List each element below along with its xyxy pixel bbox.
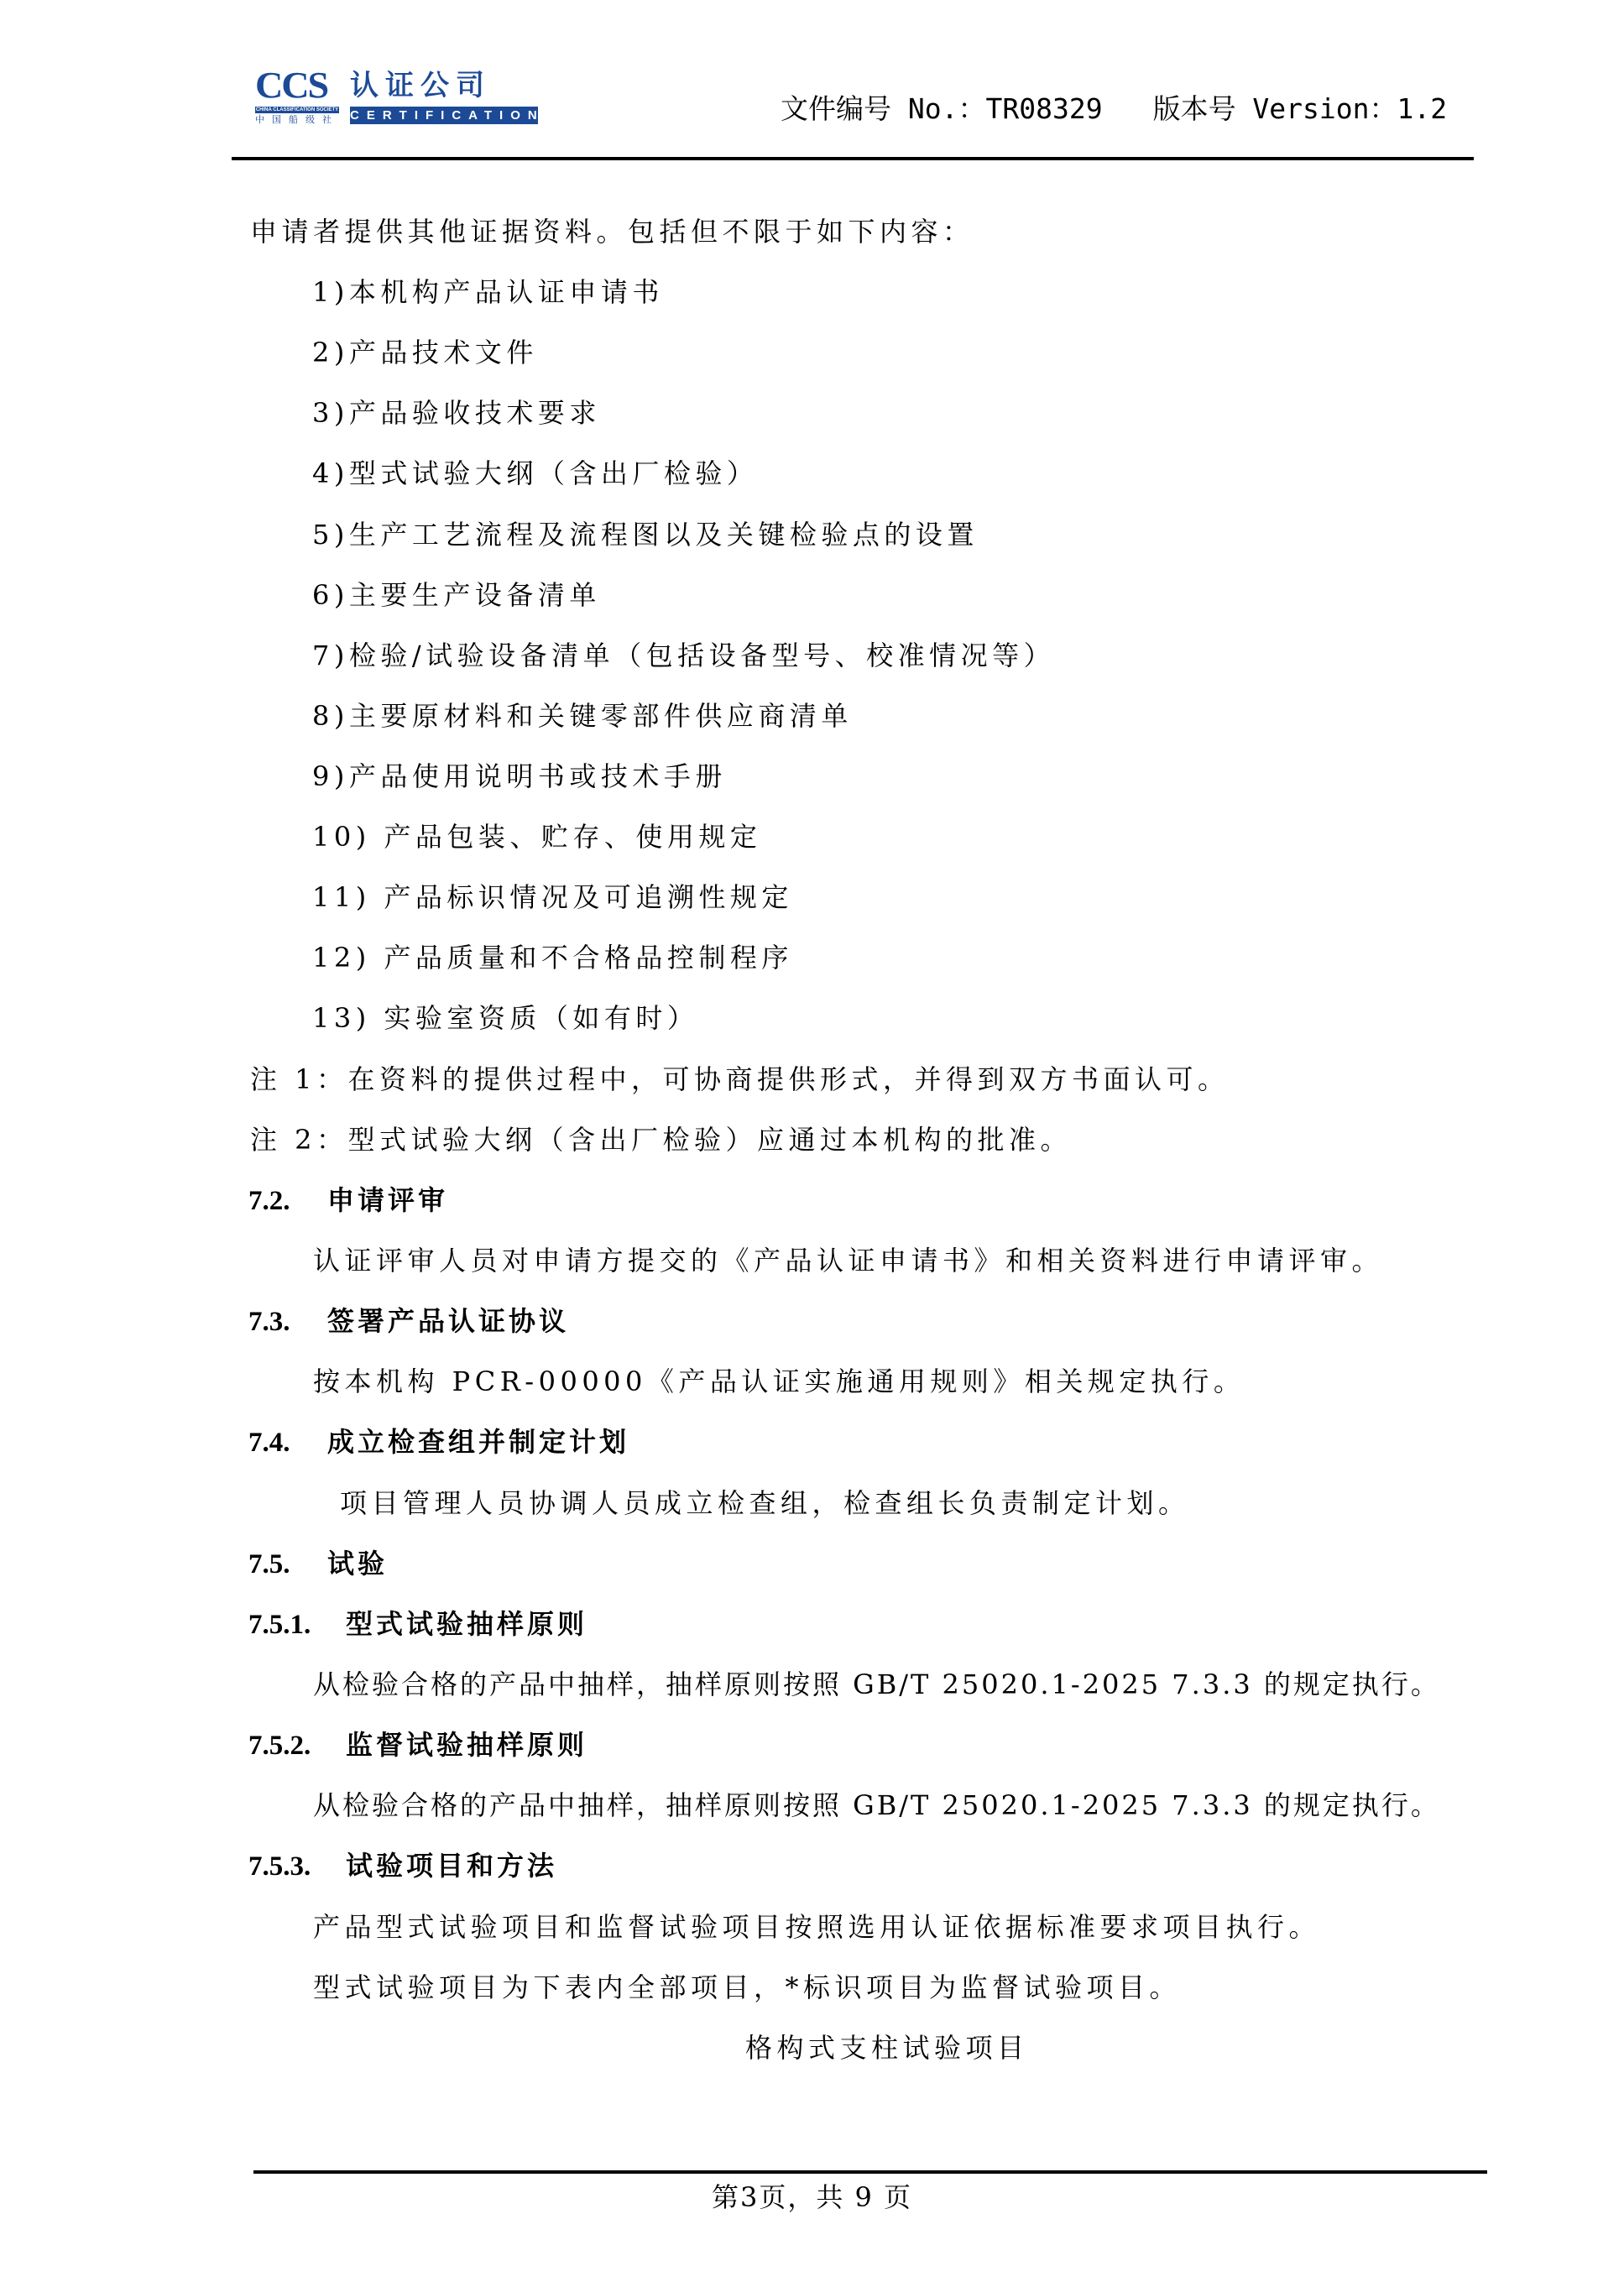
table-caption: 格构式支柱试验项目 [745, 2031, 1029, 2065]
section-paragraph: 项目管理人员协调人员成立检查组，检查组长负责制定计划。 [340, 1486, 1190, 1520]
section-paragraph: 认证评审人员对申请方提交的《产品认证申请书》和相关资料进行申请评审。 [313, 1244, 1383, 1277]
version-number: 1.2 [1397, 92, 1448, 125]
doc-number-label: 文件编号 No.： [781, 92, 985, 125]
section-paragraph: 从检验合格的产品中抽样，抽样原则按照 GB/T 25020.1-2025 7.3… [313, 1668, 1440, 1701]
list-item: 6)主要生产设备清单 [312, 578, 601, 612]
section-title: 申请评审 [327, 1184, 448, 1216]
section-title: 试验项目和方法 [346, 1850, 557, 1882]
doc-number: TR08329 [985, 92, 1102, 125]
section-number: 7.5.3. [248, 1850, 346, 1883]
section-heading-7-5-2: 7.5.2.监督试验抽样原则 [248, 1728, 587, 1762]
section-paragraph: 型式试验项目为下表内全部项目，*标识项目为监督试验项目。 [313, 1971, 1181, 2004]
section-title: 签署产品认证协议 [327, 1305, 569, 1337]
list-item: 5)生产工艺流程及流程图以及关键检验点的设置 [312, 518, 979, 551]
ccs-certification-logo: CCS CHINA CLASSIFICATION SOCIETY 中国船级社 认… [255, 67, 540, 128]
page-number: 第3页，共 9 页 [0, 2180, 1624, 2214]
section-title: 试验 [327, 1548, 388, 1579]
section-heading-7-4: 7.4.成立检查组并制定计划 [248, 1425, 629, 1459]
intro-paragraph: 申请者提供其他证据资料。包括但不限于如下内容： [250, 215, 974, 248]
section-heading-7-5-1: 7.5.1.型式试验抽样原则 [248, 1607, 587, 1642]
section-title: 监督试验抽样原则 [346, 1729, 587, 1761]
company-cn-label: 认证公司 [350, 70, 491, 102]
ccs-logo-mark: CCS [255, 67, 327, 104]
list-item: 8)主要原材料和关键零部件供应商清单 [312, 699, 853, 733]
list-item: 2)产品技术文件 [312, 336, 538, 369]
list-item: 9)产品使用说明书或技术手册 [312, 760, 727, 793]
section-number: 7.5. [248, 1548, 327, 1581]
header-rule [232, 157, 1474, 160]
list-item: 10) 产品包装、贮存、使用规定 [312, 820, 761, 854]
document-meta: 文件编号 No.：TR08329版本号 Version：1.2 [781, 91, 1447, 128]
list-item: 7)检验/试验设备清单（包括设备型号、校准情况等） [312, 639, 1055, 672]
section-heading-7-5: 7.5.试验 [248, 1547, 388, 1581]
section-title: 成立检查组并制定计划 [327, 1426, 629, 1458]
footer-rule [253, 2170, 1487, 2174]
section-number: 7.3. [248, 1305, 327, 1339]
list-item: 3)产品验收技术要求 [312, 396, 601, 430]
section-heading-7-3: 7.3.签署产品认证协议 [248, 1304, 569, 1339]
list-item: 11) 产品标识情况及可追溯性规定 [312, 880, 793, 914]
section-title: 型式试验抽样原则 [346, 1608, 587, 1640]
section-paragraph: 按本机构 PCR-00000《产品认证实施通用规则》相关规定执行。 [313, 1365, 1245, 1398]
section-heading-7-5-3: 7.5.3.试验项目和方法 [248, 1849, 557, 1883]
society-en-label: CHINA CLASSIFICATION SOCIETY [255, 107, 339, 113]
note-1: 注 1：在资料的提供过程中，可协商提供形式，并得到双方书面认可。 [250, 1063, 1230, 1096]
section-paragraph: 从检验合格的产品中抽样，抽样原则按照 GB/T 25020.1-2025 7.3… [313, 1788, 1440, 1822]
list-item: 13) 实验室资质（如有时） [312, 1001, 698, 1035]
company-en-label: CERTIFICATION [350, 107, 538, 124]
note-2: 注 2：型式试验大纲（含出厂检验）应通过本机构的批准。 [250, 1123, 1072, 1157]
list-item: 4)型式试验大纲（含出厂检验） [312, 457, 758, 490]
version-label: 版本号 Version： [1153, 92, 1397, 125]
section-number: 7.5.2. [248, 1729, 346, 1762]
section-number: 7.5.1. [248, 1608, 346, 1642]
section-number: 7.4. [248, 1426, 327, 1459]
section-paragraph: 产品型式试验项目和监督试验项目按照选用认证依据标准要求项目执行。 [313, 1910, 1320, 1944]
section-heading-7-2: 7.2.申请评审 [248, 1183, 448, 1218]
list-item: 12) 产品质量和不合格品控制程序 [312, 941, 793, 974]
society-cn-label: 中国船级社 [255, 114, 339, 125]
list-item: 1)本机构产品认证申请书 [312, 275, 664, 309]
section-number: 7.2. [248, 1184, 327, 1218]
